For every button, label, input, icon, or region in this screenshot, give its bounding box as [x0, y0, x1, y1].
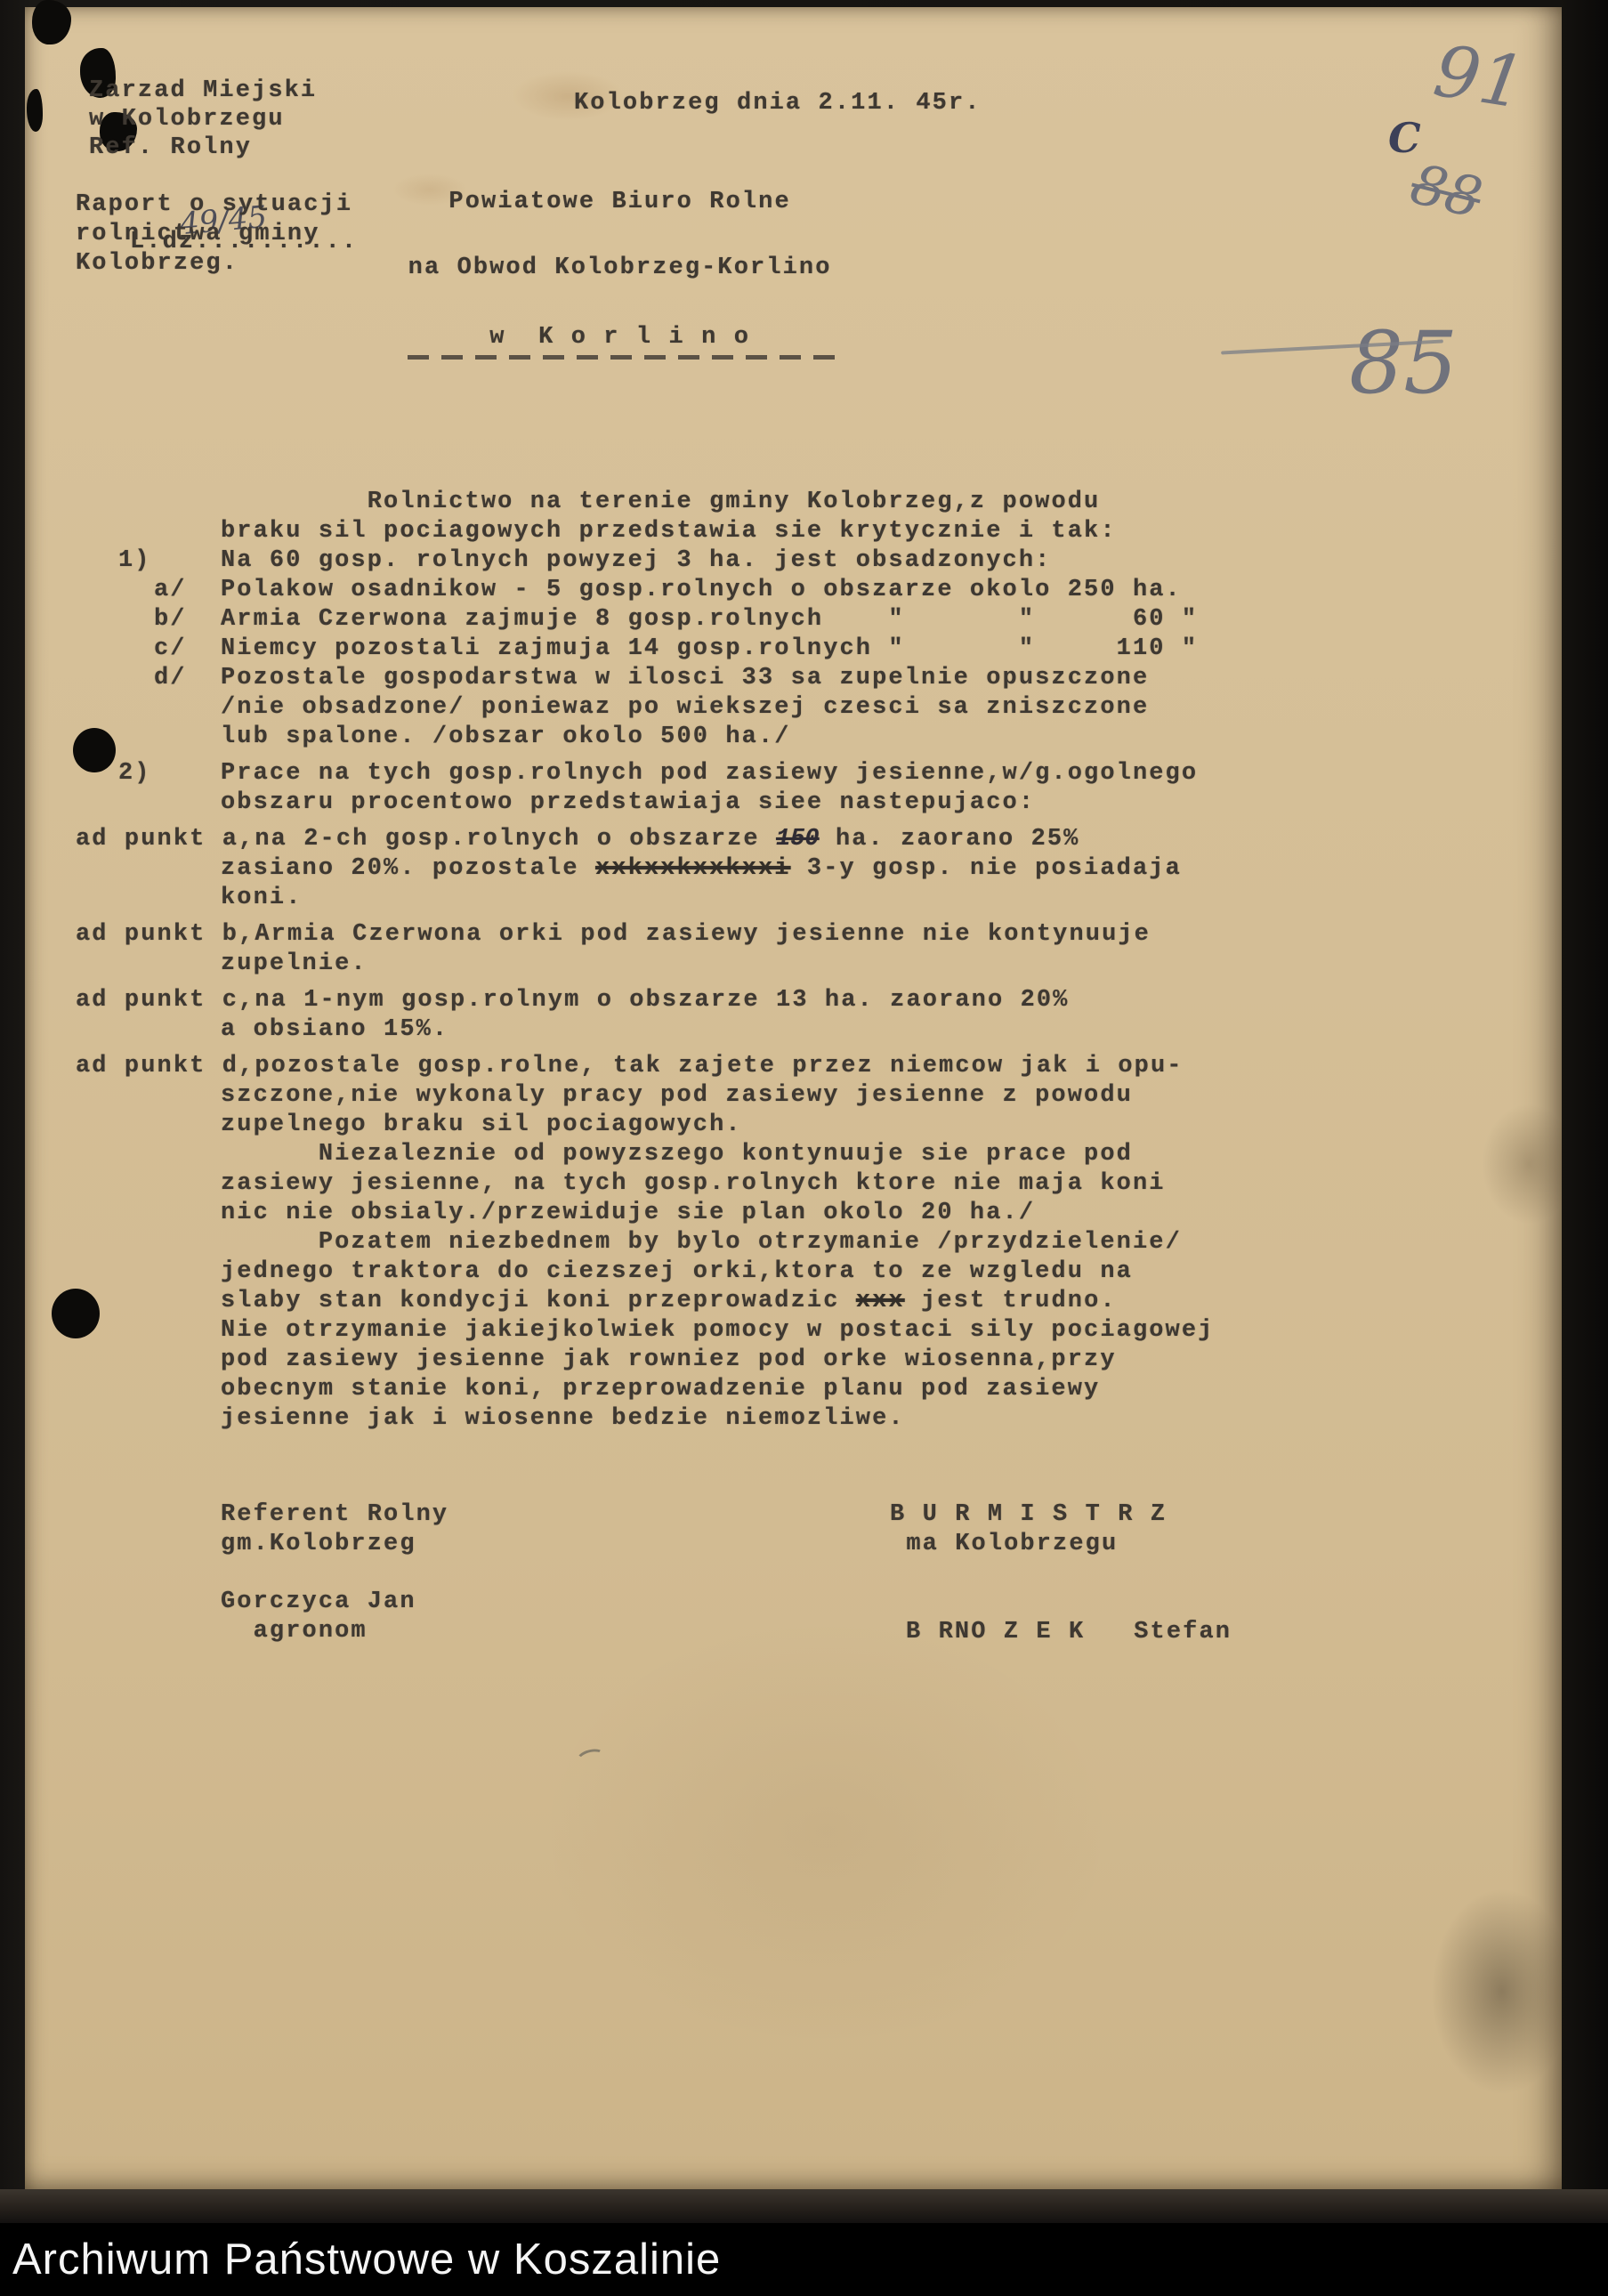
body-line-text: Rolnictwo na terenie gminy Kolobrzeg,z p… [221, 488, 1100, 517]
body-line-label [76, 1140, 221, 1169]
body-line-label [76, 1111, 221, 1140]
body-line: ad punkt d,pozostale gosp.rolne, tak zaj… [76, 1052, 1464, 1081]
body-line-label [76, 1346, 221, 1375]
body-line-label [76, 1199, 221, 1228]
body-line-text: zasiewy jesienne, na tych gosp.rolnych k… [221, 1169, 1166, 1199]
body-line-text: Pozatem niezbednem by bylo otrzymanie /p… [221, 1228, 1182, 1257]
typed-text: 3-y gosp. nie posiadaja [791, 855, 1182, 882]
body-line-text: szczone,nie wykonaly pracy pod zasiewy j… [221, 1081, 1133, 1111]
body-line: jednego traktora do ciezszej orki,ktora … [76, 1257, 1464, 1287]
body-line-label: ad punkt c, [76, 986, 255, 1015]
body-line-label [76, 723, 221, 752]
body-line-label [76, 884, 221, 913]
body-line-text: Polakow osadnikow - 5 gosp.rolnych o obs… [221, 576, 1182, 605]
typed-text: pod zasiewy jesienne jak rowniez pod ork… [221, 1346, 1117, 1373]
typed-text: jednego traktora do ciezszej orki,ktora … [221, 1258, 1133, 1285]
body-line-label: 1) [76, 546, 221, 576]
body-line-label [76, 1228, 221, 1257]
body-line-text: jesienne jak i wiosenne bedzie niemozliw… [221, 1404, 905, 1434]
body-line-text: koni. [221, 884, 303, 913]
typed-text: na 1-nym gosp.rolnym o obszarze 13 ha. z… [255, 987, 1069, 1014]
body-line-label: ad punkt d, [76, 1052, 255, 1081]
body-line: Pozatem niezbednem by bylo otrzymanie /p… [76, 1228, 1464, 1257]
typed-text: koni. [221, 885, 303, 911]
body-line: slaby stan kondycji koni przeprowadzic x… [76, 1287, 1464, 1316]
recipient-office: Powiatowe Biuro Rolne [448, 189, 790, 215]
body-line-text: Niemcy pozostali zajmuja 14 gosp.rolnych… [221, 635, 1198, 664]
signature-left-name: Gorczyca Jan agronom [221, 1588, 416, 1646]
body-line: /nie obsadzone/ poniewaz po wiekszej cze… [76, 693, 1464, 723]
overstruck-text: 150 [776, 826, 820, 853]
body-line: ad punkt c,na 1-nym gosp.rolnym o obszar… [76, 986, 1464, 1015]
body-line-label: 2) [76, 759, 221, 788]
typed-text: lub spalone. /obszar okolo 500 ha./ [221, 724, 791, 750]
pencil-paren-mark: C [1388, 114, 1421, 162]
body-line-text: Prace na tych gosp.rolnych pod zasiewy j… [221, 759, 1198, 788]
date-line: Kolobrzeg dnia 2.11. 45r. [574, 89, 982, 118]
typed-text: pozostale gosp.rolne, tak zajete przez n… [255, 1053, 1183, 1079]
recipient-block: Powiatowe Biuro Rolne na Obwod Kolobrzeg… [338, 153, 836, 394]
subject-block: Raport o sytuacji rolnictwa gminy Kolobr… [76, 190, 352, 279]
typed-text: Armia Czerwona zajmuje 8 gosp.rolnych " … [221, 606, 1198, 633]
body-line: lub spalone. /obszar okolo 500 ha./ [76, 723, 1464, 752]
typed-text: jest trudno. [905, 1288, 1117, 1314]
body-line-text: na 1-nym gosp.rolnym o obszarze 13 ha. z… [255, 986, 1069, 1015]
body-line-text: /nie obsadzone/ poniewaz po wiekszej cze… [221, 693, 1149, 723]
typed-text: obecnym stanie koni, przeprowadzenie pla… [221, 1376, 1100, 1403]
body-line-label [76, 1375, 221, 1404]
body-line-label [76, 1404, 221, 1434]
body-line-text: a obsiano 15%. [221, 1015, 448, 1045]
body-line-label: d/ [76, 664, 221, 693]
typed-text: Polakow osadnikow - 5 gosp.rolnych o obs… [221, 577, 1182, 603]
body-line-text: zupelnego braku sil pociagowych. [221, 1111, 742, 1140]
overstruck-text: xxkxxkxxkxxi [595, 855, 791, 882]
body-line-text: slaby stan kondycji koni przeprowadzic x… [221, 1287, 1117, 1316]
typed-text: na 2-ch gosp.rolnych o obszarze [255, 826, 776, 853]
typed-text: szczone,nie wykonaly pracy pod zasiewy j… [221, 1082, 1133, 1109]
body-line-text: Niezaleznie od powyzszego kontynuuje sie… [221, 1140, 1133, 1169]
body-line-label [76, 1316, 221, 1346]
body-line-label: b/ [76, 605, 221, 635]
typed-text: Na 60 gosp. rolnych powyzej 3 ha. jest o… [221, 547, 1051, 574]
body-line-text: lub spalone. /obszar okolo 500 ha./ [221, 723, 791, 752]
body-line-label [76, 950, 221, 979]
sender-block: Zarzad Miejski w Kolobrzegu Ref. Rolny [89, 77, 317, 162]
body-line-text: pozostale gosp.rolne, tak zajete przez n… [255, 1052, 1183, 1081]
overstruck-text: xxx [856, 1288, 905, 1314]
body-line: c/Niemcy pozostali zajmuja 14 gosp.rolny… [76, 635, 1464, 664]
body-line-text: Armia Czerwona zajmuje 8 gosp.rolnych " … [221, 605, 1198, 635]
body-line-label: ad punkt a, [76, 825, 255, 854]
archive-caption: Archiwum Państwowe w Koszalinie [0, 2235, 721, 2284]
body-line: szczone,nie wykonaly pracy pod zasiewy j… [76, 1081, 1464, 1111]
typed-text: Niezaleznie od powyzszego kontynuuje sie… [221, 1141, 1133, 1168]
body-line-text: nic nie obsialy./przewiduje sie plan oko… [221, 1199, 1035, 1228]
body-line-label [76, 1257, 221, 1287]
body-line-text: obecnym stanie koni, przeprowadzenie pla… [221, 1375, 1100, 1404]
body-line-label: c/ [76, 635, 221, 664]
typed-text: /nie obsadzone/ poniewaz po wiekszej cze… [221, 694, 1149, 721]
body-line-text: jednego traktora do ciezszej orki,ktora … [221, 1257, 1133, 1287]
body-line: zupelnie. [76, 950, 1464, 979]
body-line-text: braku sil pociagowych przedstawia sie kr… [221, 517, 1117, 546]
body-line-text: obszaru procentowo przedstawiaja siee na… [221, 788, 1035, 818]
body-line: d/Pozostale gospodarstwa w ilosci 33 sa … [76, 664, 1464, 693]
body-line-text: pod zasiewy jesienne jak rowniez pod ork… [221, 1346, 1117, 1375]
body-line-label [76, 854, 221, 884]
body-line-label [76, 1169, 221, 1199]
body-line-text: zasiano 20%. pozostale xxkxxkxxkxxi 3-y … [221, 854, 1182, 884]
body-line: Niezaleznie od powyzszego kontynuuje sie… [76, 1140, 1464, 1169]
typed-text: Pozostale gospodarstwa w ilosci 33 sa zu… [221, 665, 1149, 691]
body-line-text: zupelnie. [221, 950, 368, 979]
body-line-text: Na 60 gosp. rolnych powyzej 3 ha. jest o… [221, 546, 1051, 576]
body-line-label [76, 488, 221, 517]
body-line-text: Nie otrzymanie jakiejkolwiek pomocy w po… [221, 1316, 1214, 1346]
typed-text: Armia Czerwona orki pod zasiewy jesienne… [255, 921, 1151, 948]
typed-text: zasiano 20%. pozostale [221, 855, 595, 882]
typed-text: ha. zaorano 25% [820, 826, 1080, 853]
body-line: zasiewy jesienne, na tych gosp.rolnych k… [76, 1169, 1464, 1199]
body-line-text: na 2-ch gosp.rolnych o obszarze 150 ha. … [255, 825, 1079, 854]
typed-text: jesienne jak i wiosenne bedzie niemozliw… [221, 1405, 905, 1432]
ink-blot [27, 89, 43, 132]
body-line: 2)Prace na tych gosp.rolnych pod zasiewy… [76, 759, 1464, 788]
body-line-label [76, 517, 221, 546]
signature-right-name: B RNO Z E K Stefan [906, 1618, 1232, 1647]
recipient-city: w K o r l i n o [477, 321, 763, 361]
scanned-document-frame: Zarzad Miejski w Kolobrzegu Ref. Rolny L… [0, 0, 1608, 2296]
body-line-label [76, 1015, 221, 1045]
body-line: Nie otrzymanie jakiejkolwiek pomocy w po… [76, 1316, 1464, 1346]
body-line-label: a/ [76, 576, 221, 605]
signature-left-role: Referent Rolny gm.Kolobrzeg [221, 1500, 448, 1559]
typed-text: zupelnego braku sil pociagowych. [221, 1112, 742, 1138]
typed-text: braku sil pociagowych przedstawia sie kr… [221, 518, 1117, 545]
body-line: koni. [76, 884, 1464, 913]
body-line: 1)Na 60 gosp. rolnych powyzej 3 ha. jest… [76, 546, 1464, 576]
recipient-district: na Obwod Kolobrzeg-Korlino [408, 255, 832, 281]
typed-text: Niemcy pozostali zajmuja 14 gosp.rolnych… [221, 635, 1198, 662]
body-line: nic nie obsialy./przewiduje sie plan oko… [76, 1199, 1464, 1228]
body-line: ad punkt b,Armia Czerwona orki pod zasie… [76, 920, 1464, 950]
typed-text: nic nie obsialy./przewiduje sie plan oko… [221, 1200, 1035, 1226]
typed-text: a obsiano 15%. [221, 1016, 448, 1043]
typed-text: Pozatem niezbednem by bylo otrzymanie /p… [221, 1229, 1182, 1256]
body-line: obecnym stanie koni, przeprowadzenie pla… [76, 1375, 1464, 1404]
signature-right-role: B U R M I S T R Z ma Kolobrzegu [890, 1500, 1167, 1559]
body-line-label [76, 1287, 221, 1316]
body-line: ad punkt a,na 2-ch gosp.rolnych o obszar… [76, 825, 1464, 854]
typed-text: Nie otrzymanie jakiejkolwiek pomocy w po… [221, 1317, 1214, 1344]
body-line-text: Pozostale gospodarstwa w ilosci 33 sa zu… [221, 664, 1149, 693]
body-line: jesienne jak i wiosenne bedzie niemozliw… [76, 1404, 1464, 1434]
body-line-label: ad punkt b, [76, 920, 255, 950]
body-line: zupelnego braku sil pociagowych. [76, 1111, 1464, 1140]
body-line: pod zasiewy jesienne jak rowniez pod ork… [76, 1346, 1464, 1375]
body-line-text: Armia Czerwona orki pod zasiewy jesienne… [255, 920, 1151, 950]
typed-text: zasiewy jesienne, na tych gosp.rolnych k… [221, 1170, 1166, 1197]
body-line: braku sil pociagowych przedstawia sie kr… [76, 517, 1464, 546]
pencil-number-91: 91 [1428, 29, 1531, 125]
body-line: Rolnictwo na terenie gminy Kolobrzeg,z p… [76, 488, 1464, 517]
typed-text: Prace na tych gosp.rolnych pod zasiewy j… [221, 760, 1198, 787]
body-line-label [76, 1081, 221, 1111]
typed-text: Rolnictwo na terenie gminy Kolobrzeg,z p… [221, 489, 1100, 515]
typed-text: zupelnie. [221, 950, 368, 977]
report-body: Rolnictwo na terenie gminy Kolobrzeg,z p… [76, 488, 1464, 1434]
body-line: a/Polakow osadnikow - 5 gosp.rolnych o o… [76, 576, 1464, 605]
scan-edge-strip [0, 2189, 1608, 2223]
body-line-label [76, 693, 221, 723]
typed-text: slaby stan kondycji koni przeprowadzic [221, 1288, 856, 1314]
body-line: zasiano 20%. pozostale xxkxxkxxkxxi 3-y … [76, 854, 1464, 884]
body-line-label [76, 788, 221, 818]
body-line: obszaru procentowo przedstawiaja siee na… [76, 788, 1464, 818]
body-line: b/Armia Czerwona zajmuje 8 gosp.rolnych … [76, 605, 1464, 635]
pencil-number-85: 85 [1349, 313, 1458, 413]
body-line: a obsiano 15%. [76, 1015, 1464, 1045]
archive-caption-bar: Archiwum Państwowe w Koszalinie [0, 2223, 1608, 2296]
typed-text: obszaru procentowo przedstawiaja siee na… [221, 789, 1035, 816]
